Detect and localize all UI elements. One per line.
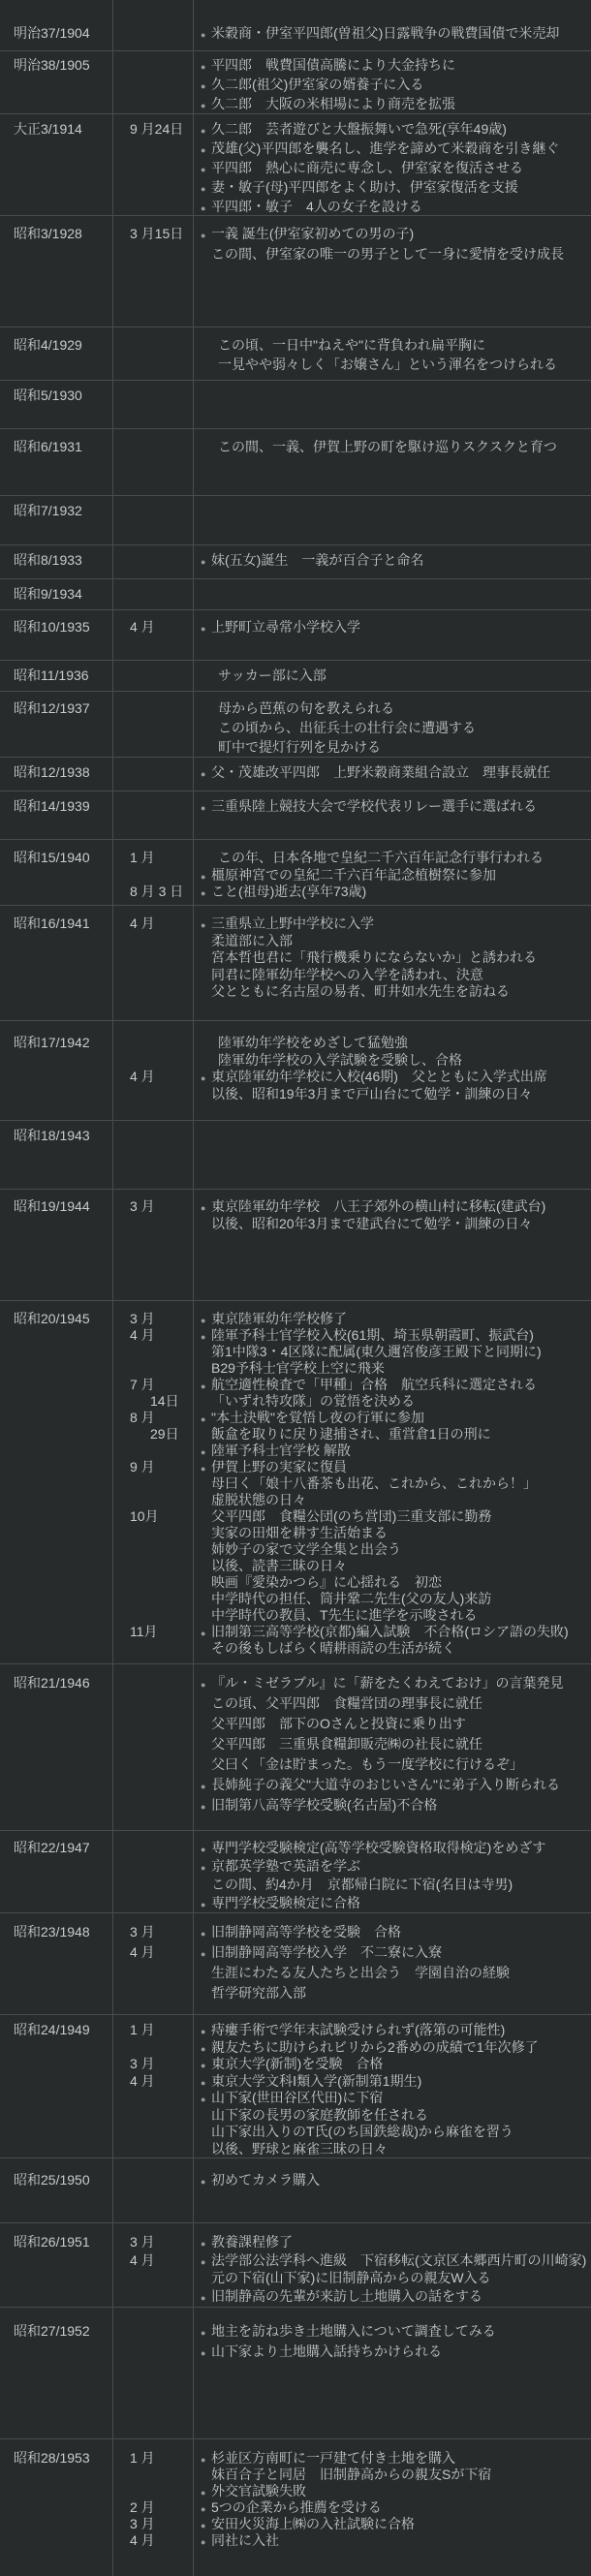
date-label [130, 1525, 193, 1541]
date-cell [113, 2158, 194, 2222]
date-label: 1 月 [130, 2450, 193, 2467]
date-label [130, 1876, 193, 1894]
bullet-icon: ● [201, 552, 211, 573]
event-text: 元の下宿(山下家)に旧制静高からの親友W入る [211, 2270, 491, 2285]
event-line: 母曰く「娘十八番茶も出花、これから、これから！」 [201, 1475, 585, 1492]
event-line: ●こと(祖母)逝去(享年73歳) [201, 884, 585, 901]
chronology-table: 明治37/1904●米穀商・伊室平四郎(曽祖父)日露戦争の戦費国債で米売却明治3… [0, 0, 591, 2576]
date-label [130, 1963, 193, 1983]
event-line: 柔道部に入部 [201, 933, 585, 950]
event-text: 平四郎 熱心に商売に専念し、伊室家を復活させる [211, 160, 523, 175]
date-label [130, 75, 193, 94]
event-text: 安田火災海上㈱の入社試験に合格 [211, 2516, 415, 2531]
event-line: この間、一義、伊賀上野の町を駆け巡りスクスクと育つ [201, 437, 585, 457]
event-text: 山下家より土地購入話持ちかけられる [211, 2343, 442, 2359]
event-line: ●妻・敏子(母)平四郎をよく助け、伊室家復活を支援 [201, 177, 585, 197]
year-label: 昭和9/1934 [14, 586, 82, 602]
date-label [130, 933, 193, 950]
events-cell: ●痔瘻手術で学年末試験受けられず(落第の可能性)●親友たちに助けられビリから2番… [194, 2015, 591, 2157]
bullet-icon: ● [201, 1944, 211, 1965]
date-cell [113, 0, 194, 50]
event-line: 母から芭蕉の句を教えられる [201, 698, 585, 718]
events-cell: ●専門学校受験検定(高等学校受験資格取得検定)をめざす●京都英学塾で英語を学ぶこ… [194, 1831, 591, 1912]
year-cell: 昭和6/1931 [0, 429, 113, 495]
date-label: 7 月 [130, 1377, 193, 1393]
event-text: 長姉純子の義父"大道寺のおじいさん"に弟子入り断られる [211, 1777, 560, 1792]
bullet-icon: ● [201, 179, 211, 199]
date-label [130, 967, 193, 984]
date-label [130, 2287, 193, 2306]
year-label: 昭和20/1945 [14, 1311, 90, 1326]
date-label: 2 月 [130, 2499, 193, 2516]
year-label: 昭和28/1953 [14, 2450, 90, 2466]
date-label [130, 55, 193, 75]
event-text: 痔瘻手術で学年末試験受けられず(落第の可能性) [211, 2022, 505, 2037]
event-line: 陸軍幼年学校をめざして猛勉強 [201, 1035, 585, 1052]
date-label [130, 1574, 193, 1591]
year-cell: 昭和8/1933 [0, 545, 113, 578]
bullet-icon: ● [201, 96, 211, 113]
date-label [130, 355, 193, 374]
event-line: ●橿原神宮での皇紀二千六百年記念植樹祭に参加 [201, 867, 585, 885]
event-text: 茂雄(父)平四郎を襲名し、進学を諦めて米穀商を引き継ぐ [211, 140, 559, 156]
year-label: 昭和15/1940 [14, 850, 90, 865]
date-label [130, 949, 193, 967]
date-label [130, 2107, 193, 2125]
bullet-icon: ● [201, 1896, 211, 1912]
date-cell [113, 1121, 194, 1189]
event-text: 映画『愛染かつら』に心揺れる 初恋 [211, 1574, 442, 1590]
event-line: ●久二郎 大阪の米相場により商売を拡張 [201, 94, 585, 113]
event-line: ●一義 誕生(伊室家初めての男の子) [201, 224, 585, 244]
event-line: ●旧制第八高等学校受験(名古屋)不合格 [201, 1795, 585, 1816]
events-cell: この年、日本各地で皇紀二千六百年記念行事行われる●橿原神宮での皇紀二千六百年記念… [194, 840, 591, 905]
event-text: 「いずれ特攻隊」の覚悟を決める [211, 1393, 415, 1409]
year-label: 昭和10/1935 [14, 619, 90, 635]
events-cell: ●地主を訪ね歩き土地購入について調査してみる●山下家より土地購入話持ちかけられる [194, 2308, 591, 2438]
event-text: 専門学校受験検定に合格 [211, 1895, 360, 1910]
year-cell: 昭和14/1939 [0, 791, 113, 839]
bullet-icon: ● [201, 798, 211, 819]
event-text: 生涯にわたる友人たちと出会う 学園自治の経験 [211, 1965, 510, 1980]
timeline-row: 昭和10/19354 月●上野町立尋常小学校入学 [0, 610, 591, 661]
year-label: 昭和11/1936 [14, 667, 89, 683]
date-label [130, 1775, 193, 1795]
timeline-row: 昭和19/19443 月●東京陸軍幼年学校 八王子郊外の横山村に移転(建武台)以… [0, 1190, 591, 1301]
year-cell: 昭和27/1952 [0, 2308, 113, 2438]
events-cell: ●父・茂雄改平四郎 上野米穀商業組合設立 理事長就任 [194, 758, 591, 791]
event-line: 宮本哲也君に「飛行機乗りにならないか」と誘われる [201, 949, 585, 967]
event-text: この間、約4か月 京都帰白院に下宿(名目は寺男) [211, 1877, 513, 1892]
event-text: 姉妙子の家で文学全集と出会う [211, 1541, 401, 1557]
event-line: ●専門学校受験検定(高等学校受験資格取得検定)をめざす [201, 1839, 585, 1857]
bullet-icon: ● [201, 2235, 211, 2253]
date-label [130, 1475, 193, 1492]
date-label [130, 1360, 193, 1377]
date-label [130, 1035, 193, 1052]
date-cell: 9 月24日 [113, 114, 194, 215]
event-text: 東京大学(新制)を受験 合格 [211, 2056, 383, 2071]
event-line: ●父・茂雄改平四郎 上野米穀商業組合設立 理事長就任 [201, 762, 585, 783]
event-text: 中学時代の担任、筒井鞏二先生(父の友人)来訪 [211, 1591, 491, 1606]
year-cell: 昭和11/1936 [0, 661, 113, 691]
event-text: 妹(五女)誕生 一義が百合子と命名 [211, 552, 423, 568]
bullet-icon: ● [201, 25, 211, 46]
date-label [130, 718, 193, 737]
event-line: ●同社に入社 [201, 2532, 585, 2549]
year-cell: 昭和15/1940 [0, 840, 113, 905]
event-line: ●平四郎 戦費国債高騰により大金持ちに [201, 55, 585, 75]
date-label [130, 177, 193, 197]
event-line: ●上野町立尋常小学校入学 [201, 617, 585, 637]
event-text: 以後、昭和19年3月まで戸山台にて勉学・訓練の日々 [211, 1086, 532, 1102]
event-text: 陸軍予科士官学校入校(61期、埼玉県朝霞町、振武台) [211, 1327, 534, 1343]
date-cell [113, 661, 194, 691]
date-label [130, 2342, 193, 2362]
date-label [130, 1607, 193, 1624]
date-label: 4 月 [130, 1069, 193, 1086]
event-text: 母から芭蕉の句を教えられる [218, 700, 394, 716]
event-text: 飯盒を取りに戻り逮捕され、重営倉1日の刑に [211, 1426, 491, 1442]
date-label: 4 月 [130, 1942, 193, 1963]
timeline-row: 昭和9/1934 [0, 579, 591, 610]
event-text: 以後、野球と麻雀三昧の日々 [211, 2141, 388, 2157]
event-text: 平四郎 戦費国債高騰により大金持ちに [211, 57, 455, 73]
event-text: 父とともに名古屋の易者、町井如水先生を訪ねる [211, 983, 510, 999]
event-line: ●杉並区方南町に一戸建て付き土地を購入 [201, 2450, 585, 2467]
bullet-icon: ● [201, 2024, 211, 2041]
event-text: 5つの企業から推薦を受ける [211, 2499, 382, 2515]
event-text: 山下家(世田谷区代田)に下宿 [211, 2090, 383, 2105]
bullet-icon: ● [201, 2289, 211, 2308]
bullet-icon: ● [201, 917, 211, 935]
date-label [130, 550, 193, 571]
event-line: 以後、昭和20年3月まで建武台にて勉学・訓練の日々 [201, 1216, 585, 1233]
bullet-icon: ● [201, 885, 211, 903]
event-line: 山下家出入りのT氏(のち国鉄総裁)から麻雀を習う [201, 2124, 585, 2141]
event-text: 哲学研究部入部 [211, 1985, 306, 2001]
date-cell: 1 月8 月 3 日 [113, 840, 194, 905]
date-cell [113, 545, 194, 578]
event-line: ●山下家(世田谷区代田)に下宿 [201, 2090, 585, 2107]
date-label [130, 1693, 193, 1714]
event-text: この間、一義、伊賀上野の町を駆け巡りスクスクと育つ [218, 439, 557, 454]
event-text: 陸軍予科士官学校 解散 [211, 1443, 351, 1458]
event-text: 以後、昭和20年3月まで建武台にて勉学・訓練の日々 [211, 1216, 532, 1231]
date-label: 1 月 [130, 850, 193, 867]
event-line: ●東京陸軍幼年学校に入校(46期) 父とともに入学式出席 [201, 1069, 585, 1086]
year-label: 昭和25/1950 [14, 2172, 90, 2188]
event-text: 地主を訪ね歩き土地購入について調査してみる [211, 2323, 496, 2339]
events-cell: ●久二郎 芸者遊びと大盤振舞いで急死(享年49歳)●茂雄(父)平四郎を襲名し、進… [194, 114, 591, 215]
bullet-icon: ● [201, 1071, 211, 1088]
bullet-icon: ● [201, 2323, 211, 2343]
event-text: 三重県立上野中学校に入学 [211, 916, 374, 931]
event-line: ●平四郎・敏子 4人の女子を設ける [201, 197, 585, 215]
date-label [130, 1640, 193, 1657]
year-cell: 昭和22/1947 [0, 1831, 113, 1912]
timeline-row: 昭和8/1933●妹(五女)誕生 一義が百合子と命名 [0, 545, 591, 579]
event-line: ●航空適性検査で「甲種」合格 航空兵科に選定される [201, 1377, 585, 1393]
date-label [130, 2170, 193, 2190]
event-line: B29予科士官学校上空に飛来 [201, 1360, 585, 1377]
events-cell: 陸軍幼年学校をめざして猛勉強陸軍幼年学校の入学試験を受験し、合格●東京陸軍幼年学… [194, 1021, 591, 1120]
timeline-row: 昭和12/1938●父・茂雄改平四郎 上野米穀商業組合設立 理事長就任 [0, 758, 591, 791]
date-label [130, 1558, 193, 1574]
date-label: 4 月 [130, 916, 193, 933]
event-text: 母曰く「娘十八番茶も出花、これから、これから！」 [211, 1475, 537, 1491]
date-label [130, 2467, 193, 2483]
event-text: 杉並区方南町に一戸建て付き土地を購入 [211, 2450, 455, 2466]
event-line: この間、伊室家の唯一の男子として一身に愛情を受け成長 [201, 244, 585, 264]
events-cell: ●東京陸軍幼年学校 八王子郊外の横山村に移転(建武台)以後、昭和20年3月まで建… [194, 1190, 591, 1300]
date-cell: 4 月 [113, 1021, 194, 1120]
date-cell [113, 51, 194, 113]
event-text: 外交官試験失敗 [211, 2483, 306, 2498]
event-line: この年、日本各地で皇紀二千六百年記念行事行われる [201, 850, 585, 867]
event-line: ●旧制静岡高等学校入学 不二寮に入寮 [201, 1942, 585, 1963]
date-label: 3 月 [130, 1311, 193, 1327]
year-label: 昭和26/1951 [14, 2234, 90, 2250]
year-label: 昭和21/1946 [14, 1675, 90, 1691]
date-label: 3 月 [130, 1198, 193, 1216]
event-text: 宮本哲也君に「飛行機乗りにならないか」と誘われる [211, 949, 537, 965]
event-line: ●安田火災海上㈱の入社試験に合格 [201, 2516, 585, 2532]
event-line: 父とともに名古屋の易者、町井如水先生を訪ねる [201, 983, 585, 1001]
event-line: ●旧制静高の先輩が来訪し土地購入の話をする [201, 2287, 585, 2306]
bullet-icon: ● [201, 2058, 211, 2075]
date-label [130, 2039, 193, 2057]
date-label: 1 月 [130, 2022, 193, 2039]
date-label: 3 月15日 [130, 224, 193, 244]
events-cell: ●一義 誕生(伊室家初めての男の子)この間、伊室家の唯一の男子として一身に愛情を… [194, 216, 591, 326]
event-text: 旧制第三高等学校(京都)編入試験 不合格(ロシア語の失敗) [211, 1624, 569, 1639]
timeline-row: 大正3/19149 月24日●久二郎 芸者遊びと大盤振舞いで急死(享年49歳)●… [0, 114, 591, 216]
event-line: ●京都英学塾で英語を学ぶ [201, 1857, 585, 1876]
event-line: 父曰く「金は貯まった。もう一度学校に行けるぞ」 [201, 1754, 585, 1775]
event-text: こと(祖母)逝去(享年73歳) [211, 884, 366, 899]
date-cell: 3 月 [113, 1190, 194, 1300]
year-cell: 昭和12/1938 [0, 758, 113, 791]
event-text: 東京陸軍幼年学校 八王子郊外の横山村に移転(建武台) [211, 1198, 545, 1214]
year-label: 昭和12/1937 [14, 700, 90, 716]
event-text: 教養課程修了 [211, 2234, 293, 2250]
event-text: 米穀商・伊室平四郎(曽祖父)日露戦争の戦費国債で米売却 [211, 25, 559, 41]
year-cell: 昭和25/1950 [0, 2158, 113, 2222]
date-label: 3 月 [130, 2056, 193, 2073]
year-label: 昭和24/1949 [14, 2022, 90, 2037]
date-cell [113, 791, 194, 839]
year-label: 大正3/1914 [14, 121, 82, 137]
timeline-row: 昭和27/1952●地主を訪ね歩き土地購入について調査してみる●山下家より土地購… [0, 2308, 591, 2439]
year-cell: 昭和28/1953 [0, 2439, 113, 2576]
timeline-row: 昭和5/1930 [0, 381, 591, 429]
date-label [130, 1492, 193, 1508]
date-label: 3 月 [130, 2516, 193, 2532]
event-text: 父平四郎 食糧公団(のち営団)三重支部に勤務 [211, 1508, 491, 1524]
events-cell: ●三重県陸上競技大会で学校代表リレー選手に選ばれる [194, 791, 591, 839]
bullet-icon: ● [201, 1675, 211, 1695]
year-cell: 明治37/1904 [0, 0, 113, 50]
date-label: 9 月24日 [130, 119, 193, 139]
event-text: B29予科士官学校上空に飛来 [211, 1360, 385, 1376]
events-cell [194, 381, 591, 428]
event-text: 平四郎・敏子 4人の女子を設ける [211, 199, 422, 214]
event-line: ●5つの企業から推薦を受ける [201, 2499, 585, 2516]
event-line: 山下家の長男の家庭教師を任される [201, 2107, 585, 2125]
event-text: 山下家の長男の家庭教師を任される [211, 2107, 428, 2123]
event-line: 以後、野球と麻雀三昧の日々 [201, 2141, 585, 2158]
date-cell [113, 496, 194, 544]
timeline-row: 昭和24/19491 月3 月4 月●痔瘻手術で学年末試験受けられず(落第の可能… [0, 2015, 591, 2158]
year-cell: 昭和21/1946 [0, 1664, 113, 1830]
date-label: 4 月 [130, 1327, 193, 1344]
event-line: 「いずれ特攻隊」の覚悟を決める [201, 1393, 585, 1410]
event-line: 父平四郎 三重県食糧卸販売㈱の社長に就任 [201, 1734, 585, 1754]
event-line: ●三重県陸上競技大会で学校代表リレー選手に選ばれる [201, 796, 585, 817]
events-cell: ●旧制静岡高等学校を受験 合格●旧制静岡高等学校入学 不二寮に入寮生涯にわたる友… [194, 1913, 591, 2014]
event-text: 一義 誕生(伊室家初めての男の子) [211, 226, 414, 241]
events-cell [194, 496, 591, 544]
year-label: 昭和14/1939 [14, 798, 90, 814]
event-line: ●山下家より土地購入話持ちかけられる [201, 2342, 585, 2362]
event-line: ●『ル・ミゼラブル』に「薪をたくわえておけ」の言葉発見 [201, 1673, 585, 1693]
bullet-icon: ● [201, 1797, 211, 1817]
date-label [130, 1983, 193, 2003]
bullet-icon: ● [201, 764, 211, 785]
date-label [130, 1541, 193, 1558]
event-line: ●長姉純子の義父"大道寺のおじいさん"に弟子入り断られる [201, 1775, 585, 1795]
bullet-icon: ● [201, 57, 211, 77]
event-text: 上野町立尋常小学校入学 [211, 619, 360, 635]
event-text: 一見やや弱々しく「お嬢さん」という渾名をつけられる [218, 357, 557, 372]
date-label [130, 2483, 193, 2499]
year-label: 昭和4/1929 [14, 337, 82, 353]
event-line: ●陸軍予科士官学校入校(61期、埼玉県朝霞町、振武台) [201, 1327, 585, 1344]
event-line: ●久二郎 芸者遊びと大盤振舞いで急死(享年49歳) [201, 119, 585, 139]
year-label: 昭和27/1952 [14, 2323, 90, 2339]
event-text: この年、日本各地で皇紀二千六百年記念行事行われる [218, 850, 544, 865]
date-label [130, 867, 193, 885]
event-line: ●法学部公法学科へ進級 下宿移転(文京区本郷西片町の川崎家) [201, 2251, 585, 2270]
year-cell: 昭和16/1941 [0, 906, 113, 1020]
events-cell: ●上野町立尋常小学校入学 [194, 610, 591, 660]
date-label [130, 1086, 193, 1103]
date-label [130, 1714, 193, 1734]
date-label [130, 1344, 193, 1360]
year-label: 昭和8/1933 [14, 552, 82, 568]
events-cell: ●平四郎 戦費国債高騰により大金持ちに●久二郎(祖父)伊室家の婿養子に入る●久二… [194, 51, 591, 113]
events-cell: ●杉並区方南町に一戸建て付き土地を購入妹百合子と同居 旧制静高からの親友Sが下宿… [194, 2439, 591, 2576]
event-text: 父平四郎 部下のOさんと投資に乗り出す [211, 1716, 466, 1731]
event-line: ●教養課程修了 [201, 2233, 585, 2251]
events-cell: ●三重県立上野中学校に入学柔道部に入部宮本哲也君に「飛行機乗りにならないか」と誘… [194, 906, 591, 1020]
year-label: 昭和18/1943 [14, 1128, 90, 1143]
date-label [130, 1443, 193, 1459]
event-text: 旧制静高の先輩が来訪し土地購入の話をする [211, 2288, 482, 2304]
year-label: 昭和6/1931 [14, 439, 82, 454]
event-text: 旧制第八高等学校受験(名古屋)不合格 [211, 1797, 437, 1813]
event-line: この間、約4か月 京都帰白院に下宿(名目は寺男) [201, 1876, 585, 1894]
timeline-row: 昭和6/1931この間、一義、伊賀上野の町を駆け巡りスクスクと育つ [0, 429, 591, 496]
timeline-row: 昭和28/19531 月2 月3 月4 月●杉並区方南町に一戸建て付き土地を購入… [0, 2439, 591, 2576]
events-cell: ●初めてカメラ購入 [194, 2158, 591, 2222]
bullet-icon: ● [201, 619, 211, 639]
year-cell: 昭和19/1944 [0, 1190, 113, 1300]
event-text: 航空適性検査で「甲種」合格 航空兵科に選定される [211, 1377, 537, 1392]
date-cell [113, 758, 194, 791]
event-line: ●外交官試験失敗 [201, 2483, 585, 2499]
event-line: ●痔瘻手術で学年末試験受けられず(落第の可能性) [201, 2022, 585, 2039]
events-cell: ●米穀商・伊室平四郎(曽祖父)日露戦争の戦費国債で米売却 [194, 0, 591, 50]
event-text: 久二郎(祖父)伊室家の婿養子に入る [211, 77, 423, 92]
event-text: "本土決戦"を覚悟し夜の行軍に参加 [211, 1410, 424, 1425]
event-text: 初めてカメラ購入 [211, 2172, 320, 2188]
date-cell [113, 327, 194, 380]
date-label: 4 月 [130, 2073, 193, 2091]
event-text: 妹百合子と同居 旧制静高からの親友Sが下宿 [211, 2467, 491, 2482]
event-text: 同社に入社 [211, 2532, 279, 2548]
timeline-row: 昭和14/1939●三重県陸上競技大会で学校代表リレー選手に選ばれる [0, 791, 591, 840]
event-line: この頃、一日中"ねえや"に背負われ扁平胸に [201, 335, 585, 355]
event-line: ●地主を訪ね歩き土地購入について調査してみる [201, 2321, 585, 2342]
event-text: 柔道部に入部 [211, 933, 293, 948]
event-text: この頃、父平四郎 食糧営団の理事長に就任 [211, 1695, 482, 1711]
event-line: 映画『愛染かつら』に心揺れる 初恋 [201, 1574, 585, 1591]
date-label: 8 月 3 日 [130, 884, 193, 901]
events-cell: この頃、一日中"ねえや"に背負われ扁平胸に一見やや弱々しく「お嬢さん」という渾名… [194, 327, 591, 380]
bullet-icon: ● [201, 140, 211, 160]
event-line: ●東京大学(新制)を受験 合格 [201, 2056, 585, 2073]
timeline-row: 昭和21/1946●『ル・ミゼラブル』に「薪をたくわえておけ」の言葉発見この頃、… [0, 1664, 591, 1831]
bullet-icon: ● [201, 160, 211, 179]
events-cell: ●妹(五女)誕生 一義が百合子と命名 [194, 545, 591, 578]
bullet-icon: ● [201, 1924, 211, 1944]
bullet-icon: ● [201, 226, 211, 246]
events-cell [194, 579, 591, 609]
date-label: 10月 [130, 1508, 193, 1525]
date-label [130, 1839, 193, 1857]
event-text: 久二郎 芸者遊びと大盤振舞いで急死(享年49歳) [211, 121, 507, 137]
date-label [130, 2141, 193, 2158]
date-cell [113, 1831, 194, 1912]
year-label: 昭和3/1928 [14, 226, 82, 241]
date-label [130, 737, 193, 757]
date-label [130, 139, 193, 158]
bullet-icon: ● [201, 2092, 211, 2109]
event-text: 父・茂雄改平四郎 上野米穀商業組合設立 理事長就任 [211, 764, 550, 780]
event-text: 親友たちに助けられビリから2番めの成績で1年次修了 [211, 2039, 539, 2055]
date-label [130, 1052, 193, 1070]
event-line: 町中で提灯行列を見かける [201, 737, 585, 757]
event-line: この頃から、出征兵士の壮行会に遭遇する [201, 718, 585, 737]
date-label [130, 1754, 193, 1775]
bullet-icon: ● [201, 121, 211, 140]
date-label: 3 月 [130, 1922, 193, 1942]
date-label: 8 月 [130, 1410, 193, 1426]
date-label [130, 158, 193, 177]
date-label [130, 1894, 193, 1912]
date-label: 4 月 [130, 2251, 193, 2270]
event-line: ●東京大学文科Ⅰ類入学(新制第1期生) [201, 2073, 585, 2091]
date-cell [113, 1664, 194, 1830]
year-cell: 大正3/1914 [0, 114, 113, 215]
bullet-icon: ● [201, 2534, 211, 2551]
year-cell: 昭和17/1942 [0, 1021, 113, 1120]
event-text: 東京陸軍幼年学校修了 [211, 1311, 347, 1326]
year-label: 昭和19/1944 [14, 1198, 90, 1214]
event-text: 陸軍幼年学校の入学試験を受験し、合格 [218, 1052, 462, 1068]
